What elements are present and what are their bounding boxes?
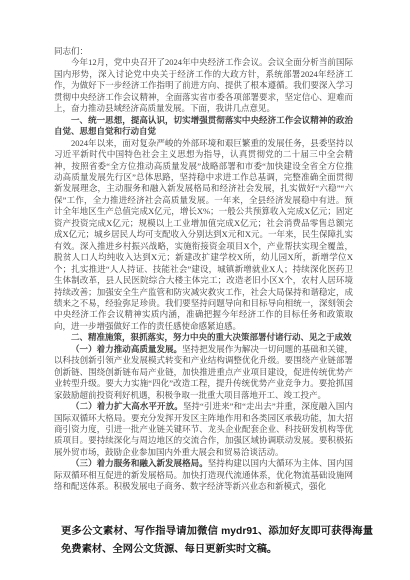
paragraph-lead: （三）着力服务和融入新发展格局。 bbox=[71, 458, 208, 468]
document-page: 同志们：今年12月，党中央召开了2024年中央经济工作会议。会议全面分析当前国际… bbox=[0, 0, 410, 580]
section-heading: 一、统一思想，提高认识，切实增强贯彻落实中央经济工作会议精神的政治自觉、思想自觉… bbox=[54, 115, 353, 138]
section-heading: 二、精准施策，狠抓落实，努力中央的重大决策部署付诸行动、见之于成效 bbox=[54, 332, 353, 343]
document-body: 同志们：今年12月，党中央召开了2024年中央经济工作会议。会议全面分析当前国际… bbox=[54, 46, 353, 493]
document-paragraph: 今年12月，党中央召开了2024年中央经济工作会议。会议全面分析当前国际国内形势… bbox=[54, 57, 353, 114]
document-paragraph: （三）着力服务和融入新发展格局。坚持构建以国内大循环为主体、国内国际双循环相互促… bbox=[54, 458, 353, 492]
document-paragraph: （二）着力扩大高水平开放。坚持“引进来”和“走出去”并重，深度融入国内国际双循环… bbox=[54, 401, 353, 458]
paragraph-lead: （一）着力推动高质量发展。 bbox=[71, 344, 182, 354]
promo-footer-text: 更多公文素材、写作指导请加微信 mydr91、添加好友即可获得海量免费素材、全网… bbox=[61, 523, 373, 558]
paragraph-lead: （二）着力扩大高水平开放。 bbox=[71, 401, 183, 411]
document-paragraph: （一）着力推动高质量发展。坚持把发展作为解决一切问题的基础和关键，以科技创新引领… bbox=[54, 344, 353, 401]
document-paragraph: 2024年以来，面对复杂严峻的外部环境和艰巨繁重的发展任务，县委坚持以习近平新时… bbox=[54, 138, 353, 333]
document-paragraph: 同志们： bbox=[54, 46, 353, 57]
